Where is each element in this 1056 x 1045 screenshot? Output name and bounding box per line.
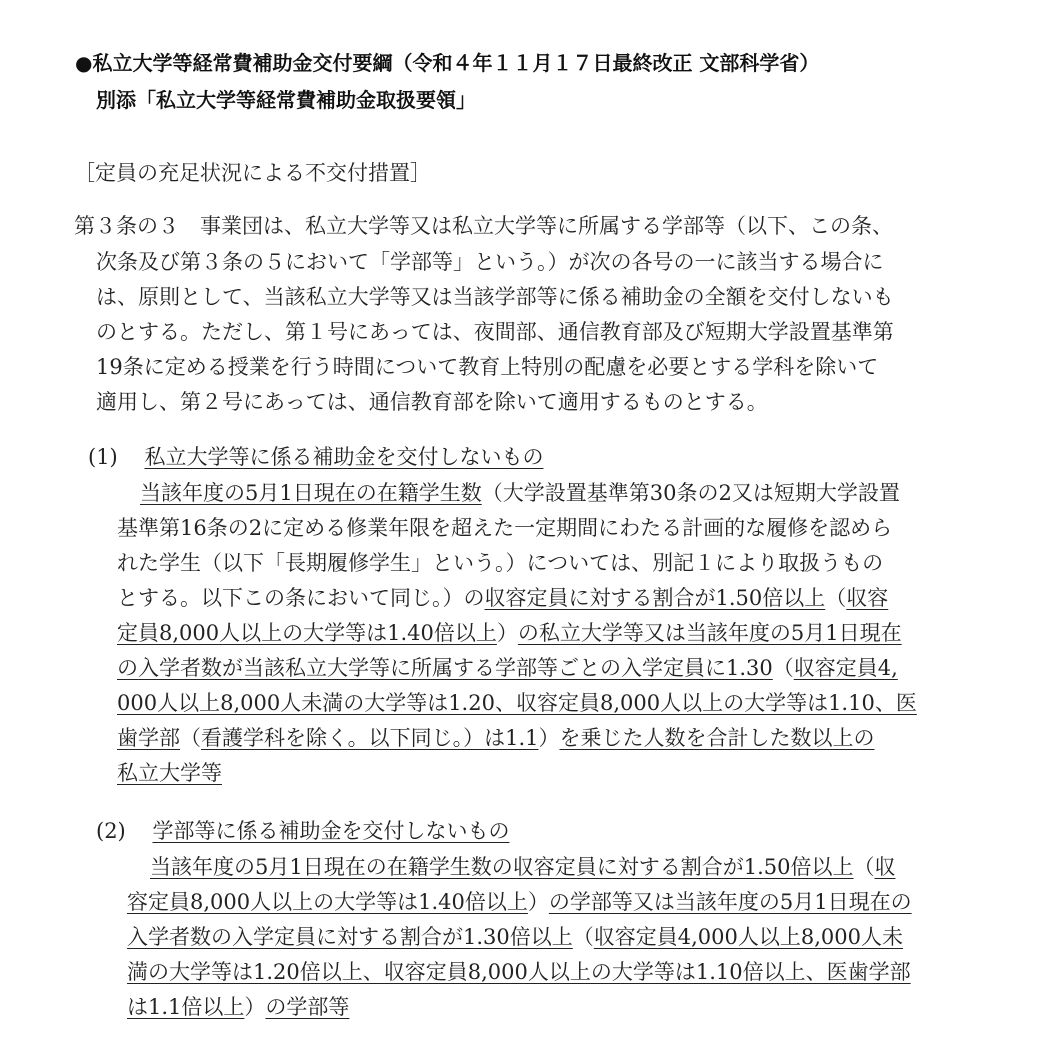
item-2-row: 当該年度の5月1日現在の在籍学生数の収容定員に対する割合が1.50倍以上（収	[150, 853, 895, 881]
article-line: 次条及び第３条の５において「学部等」という。）が次の各号の一に該当する場合に	[96, 248, 884, 276]
text-span: 当該年度の5月1日現在の在籍学生数の収容定員に対する割合が1.50倍以上	[150, 855, 853, 879]
text-span: の学部等又は当該年度の5月1日現在の	[549, 890, 912, 914]
item-1-row: (1) 私立大学等に係る補助金を交付しないもの	[88, 443, 543, 471]
item-1-row: 歯学部（看護学科を除く。以下同じ。）は1.1）を乗じた人数を合計した数以上の	[117, 724, 875, 752]
text-span: ）	[497, 621, 518, 645]
text-span: （	[180, 726, 201, 750]
item-2-row: (2) 学部等に係る補助金を交付しないもの	[96, 817, 509, 845]
item-1-row: 基準第16条の2に定める修業年限を超えた一定期間にわたる計画的な履修を認めら	[117, 514, 892, 542]
item-1-row: 定員8,000人以上の大学等は1.40倍以上）の私立大学等又は当該年度の5月1日…	[117, 619, 902, 647]
text-span: とする。以下この条において同じ。）の	[117, 586, 485, 610]
article-line: 適用し、第２号にあっては、通信教育部を除いて適用するものとする。	[96, 388, 768, 416]
text-span: 収容定員4,000人以上8,000人未	[594, 925, 903, 949]
document-title: ●私立大学等経常費補助金交付要綱（令和４年１１月１７日最終改正 文部科学省）	[75, 49, 819, 77]
article-line: 第３条の３ 事業団は、私立大学等又は私立大学等に所属する学部等（以下、この条、	[74, 212, 893, 240]
text-span: は1.1倍以上	[127, 995, 244, 1019]
item-1-row: 当該年度の5月1日現在の在籍学生数（大学設置基準第30条の2又は短期大学設置	[140, 479, 900, 507]
text-span: （	[825, 586, 846, 610]
item-title: 私立大学等に係る補助金を交付しないもの	[144, 445, 543, 469]
text-span: 当該年度の5月1日現在の在籍学生数	[140, 481, 482, 505]
item-number: (2)	[96, 819, 126, 843]
text-span: 定員8,000人以上の大学等は1.40倍以上	[117, 621, 497, 645]
text-span: ）	[539, 726, 560, 750]
text-span: 収容定員4,	[794, 656, 898, 680]
text-span: 看護学科を除く。以下同じ。）	[201, 726, 484, 750]
article-line: のとする。ただし、第１号にあっては、夜間部、通信教育部及び短期大学設置基準第	[96, 318, 894, 346]
text-span: 収容	[846, 586, 888, 610]
text-span: ）	[528, 890, 549, 914]
text-span: （	[773, 656, 794, 680]
text-span: 収	[874, 855, 895, 879]
text-span: 入学者数の入学定員に対する割合が1.30倍以上	[127, 925, 573, 949]
article-line: 19条に定める授業を行う時間について教育上特別の配慮を必要とする学科を除いて	[96, 353, 878, 381]
text-span: 収容定員に対する割合が1.50倍以上	[485, 586, 826, 610]
text-span: 容定員8,000人以上の大学等は1.40倍以上	[127, 890, 528, 914]
item-2-row: 満の大学等は1.20倍以上、収容定員8,000人以上の大学等は1.10倍以上、医…	[127, 958, 911, 986]
text-span: の入学者数が当該私立大学等に所属する学部等ごとの入学定員に1.30	[117, 656, 773, 680]
section-label: ［定員の充足状況による不交付措置］	[74, 159, 431, 187]
item-title: 学部等に係る補助金を交付しないもの	[152, 819, 509, 843]
item-1-row: の入学者数が当該私立大学等に所属する学部等ごとの入学定員に1.30（収容定員4,	[117, 654, 898, 682]
text-span: 歯学部	[117, 726, 180, 750]
article-line: は、原則として、当該私立大学等又は当該学部等に係る補助金の全額を交付しないも	[96, 283, 894, 311]
item-1-row: 000人以上8,000人未満の大学等は1.20、収容定員8,000人以上の大学等…	[117, 689, 917, 717]
item-2-row: は1.1倍以上）の学部等	[127, 993, 349, 1021]
text-span: （	[853, 855, 874, 879]
text-span: ）	[244, 995, 265, 1019]
item-1-row: れた学生（以下「長期履修学生」という。）については、別記１により取扱うもの	[117, 549, 883, 577]
item-1-row: 私立大学等	[117, 759, 222, 787]
text-span: の私立大学等又は当該年度の5月1日現在	[518, 621, 902, 645]
text-span: （	[573, 925, 594, 949]
item-2-row: 容定員8,000人以上の大学等は1.40倍以上）の学部等又は当該年度の5月1日現…	[127, 888, 912, 916]
document-subtitle: 別添「私立大学等経常費補助金取扱要領」	[96, 86, 476, 114]
item-number: (1)	[88, 445, 118, 469]
item-1-row: とする。以下この条において同じ。）の収容定員に対する割合が1.50倍以上（収容	[117, 584, 888, 612]
text-span: （大学設置基準第30条の2又は短期大学設置	[482, 481, 900, 505]
text-span: は1.1	[484, 726, 538, 750]
text-span: の学部等	[265, 995, 349, 1019]
item-2-row: 入学者数の入学定員に対する割合が1.30倍以上（収容定員4,000人以上8,00…	[127, 923, 903, 951]
text-span: を乗じた人数を合計した数以上の	[560, 726, 875, 750]
